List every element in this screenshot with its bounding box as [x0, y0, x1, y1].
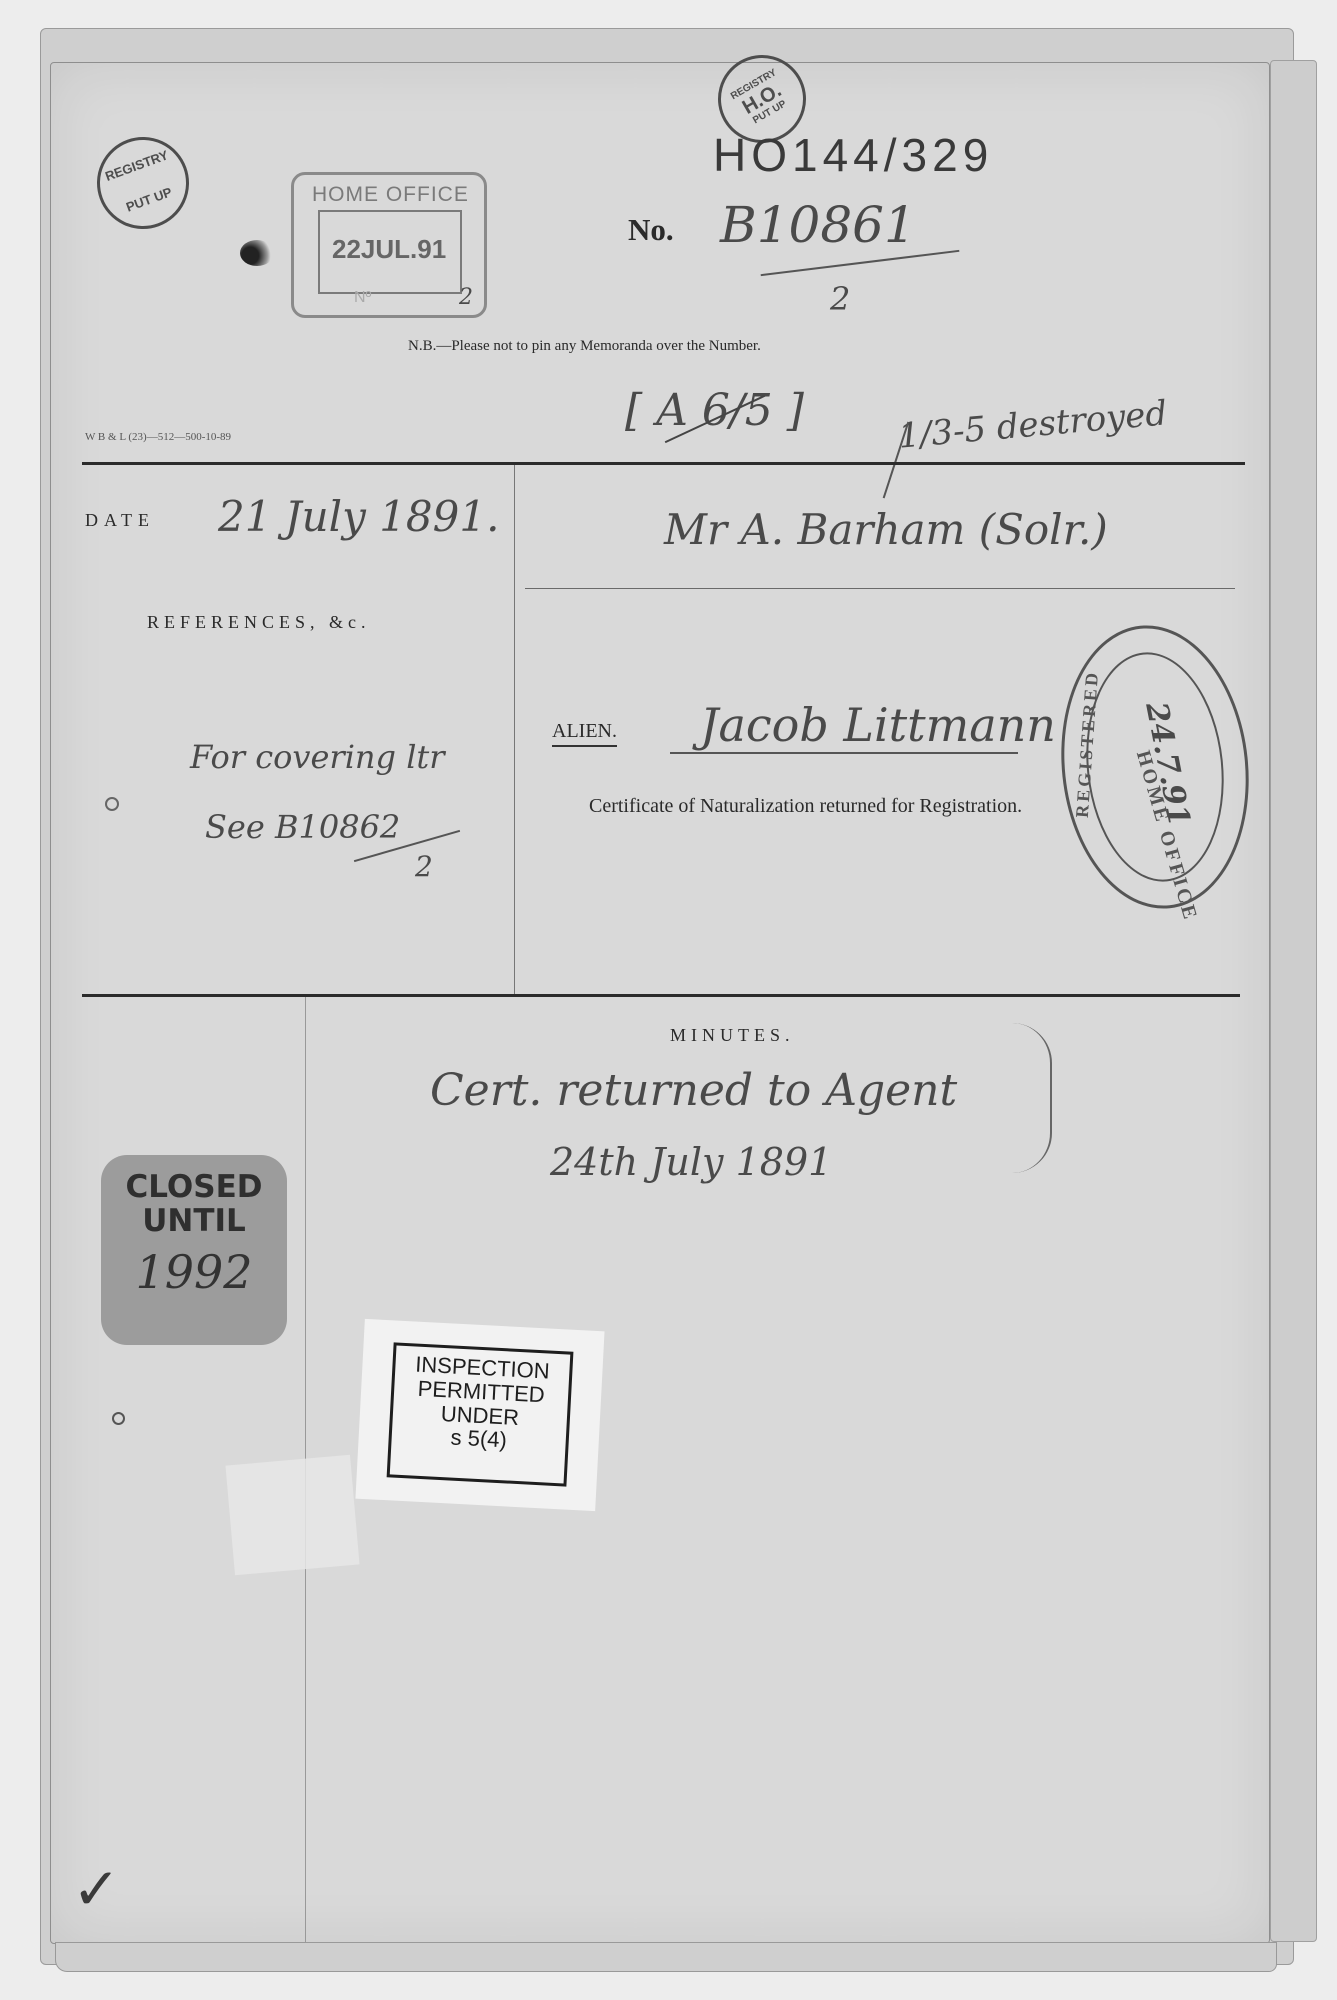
stamp-footer: Nº: [354, 289, 371, 307]
closed-until-label: CLOSED UNTIL 1992: [101, 1155, 287, 1345]
closed-line-2: UNTIL: [101, 1203, 287, 1239]
column-divider: [514, 465, 515, 995]
correspondent-name: Mr A. Barham (Solr.): [664, 505, 1108, 554]
date-value: 21 July 1891.: [218, 492, 499, 541]
punch-hole: [112, 1412, 125, 1425]
inspection-box: INSPECTION PERMITTED UNDER s 5(4): [387, 1342, 574, 1486]
tick-mark: ✓: [72, 1855, 121, 1923]
alien-name: Jacob Littmann: [700, 698, 1056, 752]
minutes-label: MINUTES.: [670, 1025, 795, 1046]
minutes-line-1: Cert. returned to Agent: [430, 1065, 957, 1116]
closed-line-1: CLOSED: [101, 1155, 287, 1205]
crossed-out-annotation: [ A 6/5 ]: [625, 385, 804, 436]
closed-year: 1992: [101, 1245, 287, 1299]
minutes-brace: [1010, 1023, 1052, 1173]
stamp-text-bottom: PUT UP: [124, 185, 173, 214]
date-label: DATE: [85, 510, 155, 531]
references-line-1: For covering ltr: [190, 738, 445, 776]
section-divider-minutes: [82, 994, 1240, 997]
stamp-header: HOME OFFICE: [312, 183, 469, 207]
section-divider-top: [82, 462, 1245, 465]
references-line-2: See B10862: [205, 808, 400, 846]
inspection-permitted-label: INSPECTION PERMITTED UNDER s 5(4): [355, 1319, 604, 1511]
home-office-date-stamp: HOME OFFICE 22JUL.91 Nº 2: [291, 172, 487, 318]
folder-edge: [1270, 60, 1317, 1942]
adhesive-tape: [225, 1455, 359, 1575]
stamp-handwritten-number: 2: [459, 285, 473, 310]
printer-code: W B & L (23)—512—500-10-89: [85, 431, 231, 443]
date-box: 22JUL.91: [318, 210, 462, 294]
references-line-2-sub: 2: [415, 850, 433, 883]
stamp-date: 22JUL.91: [332, 234, 446, 265]
alien-label: ALIEN.: [552, 720, 617, 747]
certificate-description: Certificate of Naturalization returned f…: [589, 795, 1022, 818]
piece-reference: HO144/329: [713, 128, 993, 182]
correspondent-underline: [525, 588, 1235, 589]
memoranda-notice: N.B.—Please not to pin any Memoranda ove…: [408, 338, 761, 355]
stamp-text-top: REGISTRY: [104, 149, 171, 184]
number-label: No.: [628, 212, 674, 248]
number-sub: 2: [830, 280, 850, 318]
references-label: REFERENCES, &c.: [147, 612, 371, 633]
minutes-line-2: 24th July 1891: [550, 1140, 832, 1184]
alien-name-underline: [670, 752, 1018, 754]
punch-hole: [105, 797, 119, 811]
number-value: B10861: [720, 196, 916, 254]
ink-blot: [240, 240, 274, 266]
folder-bottom-edge: [55, 1942, 1277, 1972]
